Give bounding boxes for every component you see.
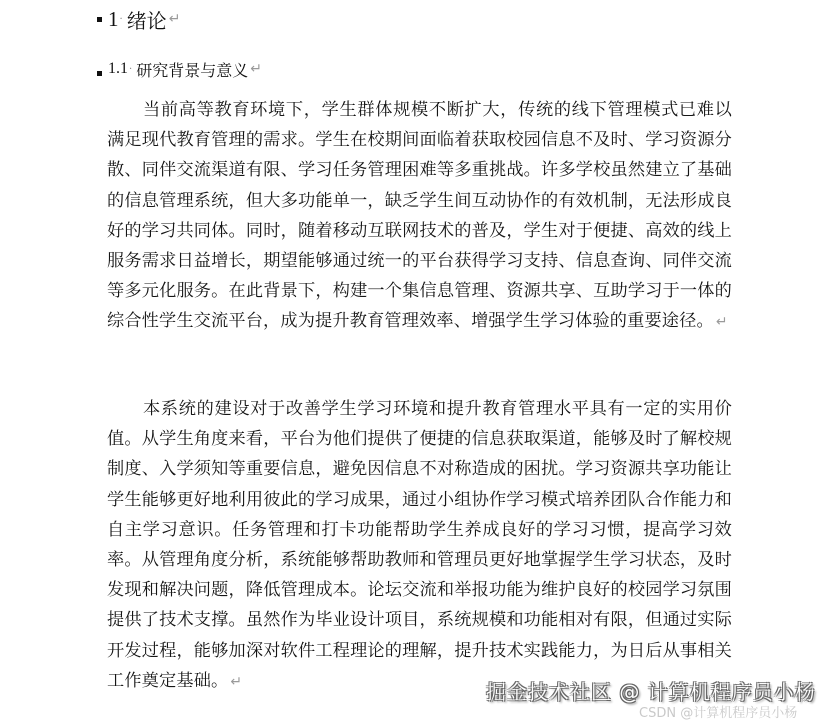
paragraph-text: 本系统的建设对于改善学生学习环境和提升教育管理水平具有一定的实用价值。从学生角度… — [107, 399, 732, 691]
body-paragraph-1: 当前高等教育环境下，学生群体规模不断扩大，传统的线下管理模式已难以满足现代教育管… — [107, 95, 732, 338]
heading-bullet-marker — [97, 71, 102, 76]
tab-dot: · — [129, 64, 132, 75]
heading-number: 1.1 — [108, 60, 128, 78]
paragraph-mark-icon: ↵ — [230, 674, 242, 690]
tab-dot: · — [120, 14, 123, 25]
paragraph-text: 当前高等教育环境下，学生群体规模不断扩大，传统的线下管理模式已难以满足现代教育管… — [107, 100, 732, 331]
heading-number: 1 — [108, 7, 119, 32]
watermark-juejin: 掘金技术社区 @ 计算机程序员小杨 — [486, 676, 816, 705]
heading-level-2: 1.1 · 研究背景与意义 ↵ — [97, 57, 262, 81]
document-page: 1 · 绪论 ↵ 1.1 · 研究背景与意义 ↵ 当前高等教育环境下，学生群体规… — [0, 0, 831, 726]
heading-title: 研究背景与意义 — [136, 58, 248, 81]
body-paragraph-2: 本系统的建设对于改善学生学习环境和提升教育管理水平具有一定的实用价值。从学生角度… — [107, 394, 732, 697]
heading-level-1: 1 · 绪论 ↵ — [97, 6, 180, 32]
heading-title: 绪论 — [127, 5, 167, 34]
watermark-csdn: CSDN @计算机程序员小杨 — [639, 702, 797, 721]
paragraph-mark-icon: ↵ — [250, 61, 262, 77]
heading-bullet-marker — [97, 17, 102, 22]
paragraph-mark-icon: ↵ — [169, 11, 181, 27]
paragraph-mark-icon: ↵ — [716, 314, 728, 330]
